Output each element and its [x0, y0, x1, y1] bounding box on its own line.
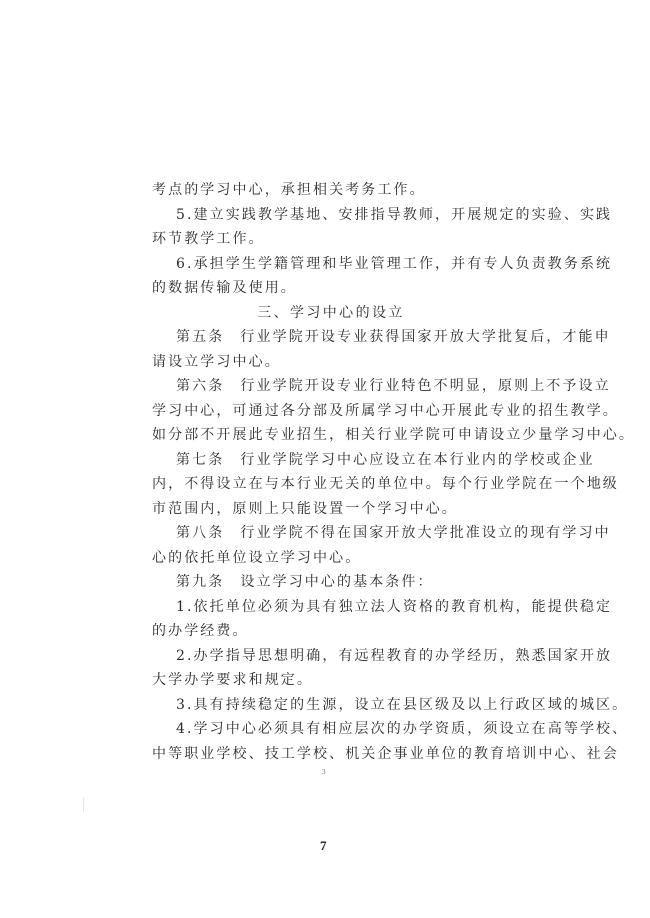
document-page: 考点的学习中心，承担相关考务工作。 5.建立实践教学基地、安排指导教师，开展规定…	[0, 0, 650, 918]
text-line: 的数据传输及使用。	[152, 276, 504, 301]
text-line: 如分部不开展此专业招生，相关行业学院可申请设立少量学习中心。	[152, 423, 504, 448]
article-6: 第六条 行业学院开设专业行业特色不明显，原则上不予设立	[152, 374, 504, 399]
scan-artifact	[83, 798, 84, 812]
text-line: 学习中心，可通过各分部及所属学习中心开展此专业的招生教学。	[152, 399, 504, 424]
body-text: 考点的学习中心，承担相关考务工作。 5.建立实践教学基地、安排指导教师，开展规定…	[152, 178, 504, 766]
text-line: 的办学经费。	[152, 619, 504, 644]
text-line: 考点的学习中心，承担相关考务工作。	[152, 178, 504, 203]
text-line: 请设立学习中心。	[152, 350, 504, 375]
text-line: 环节教学工作。	[152, 227, 504, 252]
text-line: 5.建立实践教学基地、安排指导教师，开展规定的实验、实践	[152, 203, 504, 228]
inner-page-number: 3	[322, 768, 326, 776]
text-line: 市范围内，原则上只能设置一个学习中心。	[152, 497, 504, 522]
section-heading: 三、学习中心的设立	[152, 301, 504, 326]
condition-3: 3.具有持续稳定的生源，设立在县区级及以上行政区域的城区。	[152, 693, 504, 718]
article-7: 第七条 行业学院学习中心应设立在本行业内的学校或企业	[152, 448, 504, 473]
text-line: 中等职业学校、技工学校、机关企事业单位的教育培训中心、社会	[152, 742, 504, 767]
condition-2: 2.办学指导思想明确，有远程教育的办学经历，熟悉国家开放	[152, 644, 504, 669]
condition-4: 4.学习中心必须具有相应层次的办学资质，须设立在高等学校、	[152, 717, 504, 742]
text-line: 大学办学要求和规定。	[152, 668, 504, 693]
text-line: 内，不得设立在与本行业无关的单位中。每个行业学院在一个地级	[152, 472, 504, 497]
article-5: 第五条 行业学院开设专业获得国家开放大学批复后，才能申	[152, 325, 504, 350]
article-8: 第八条 行业学院不得在国家开放大学批准设立的现有学习中	[152, 521, 504, 546]
text-line: 心的依托单位设立学习中心。	[152, 546, 504, 571]
page-number: 7	[320, 838, 327, 854]
article-9: 第九条 设立学习中心的基本条件：	[152, 570, 504, 595]
text-line: 6.承担学生学籍管理和毕业管理工作，并有专人负责教务系统	[152, 252, 504, 277]
condition-1: 1.依托单位必须为具有独立法人资格的教育机构，能提供稳定	[152, 595, 504, 620]
